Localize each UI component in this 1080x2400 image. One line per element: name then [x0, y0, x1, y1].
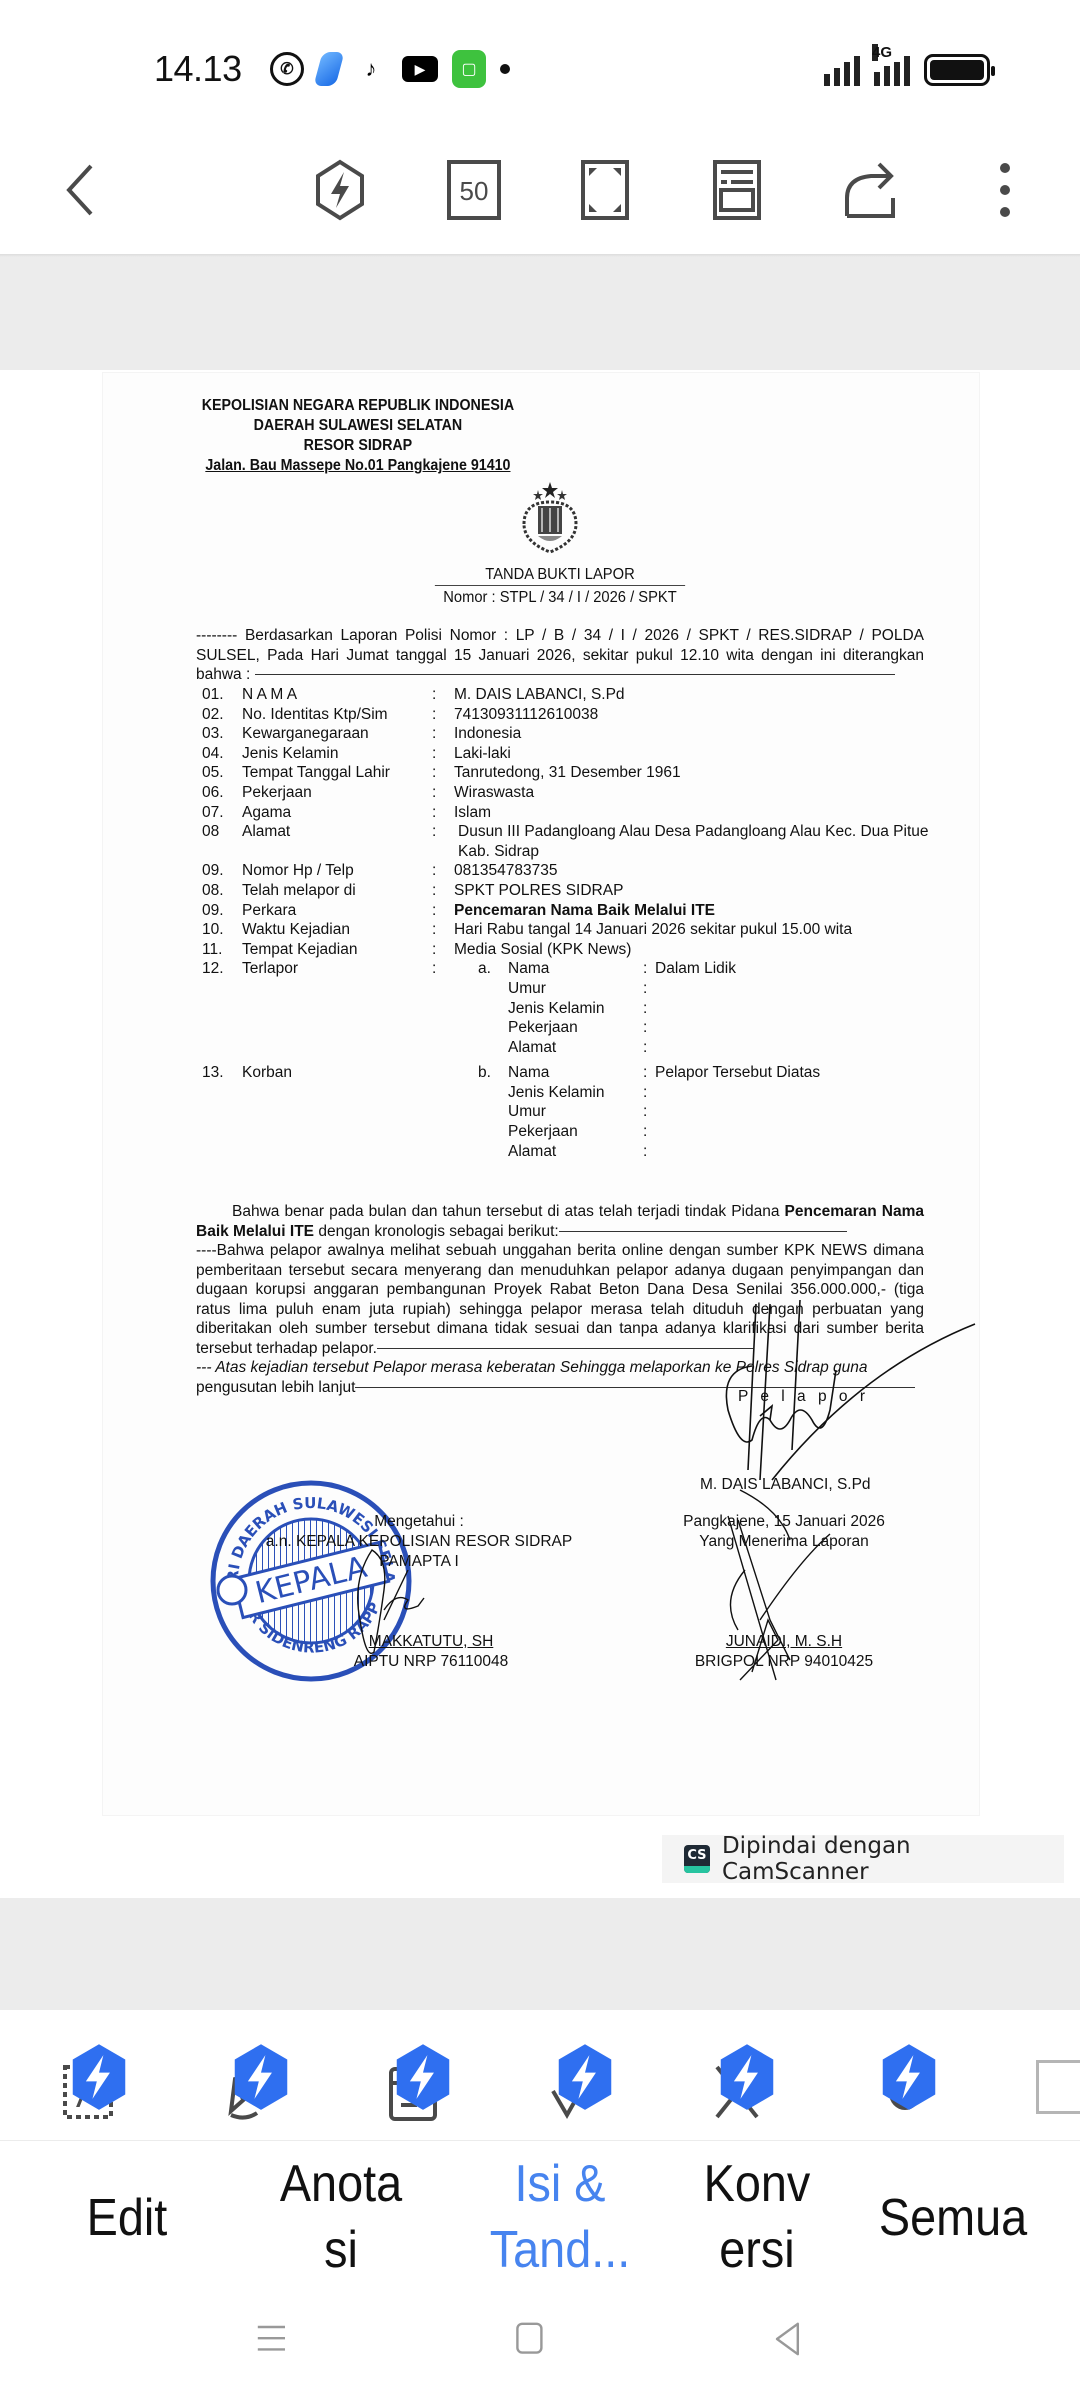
- receiver-label: Yang Menerima Laporan: [666, 1532, 902, 1552]
- sub-label: Pekerjaan: [508, 1122, 643, 1142]
- share-icon: [841, 158, 899, 222]
- tiktok-icon: ♪: [354, 52, 388, 86]
- sub-colon: :: [643, 1083, 655, 1103]
- chronology-text: Bahwa benar pada bulan dan tahun tersebu…: [232, 1203, 785, 1220]
- field-value: Islam: [454, 803, 962, 823]
- terlapor-row: Umur:: [478, 979, 962, 999]
- sub-value: Dalam Lidik: [655, 959, 962, 979]
- field-label: Telah melapor di: [242, 881, 432, 901]
- sub-colon: :: [643, 979, 655, 999]
- premium-badge-icon: [226, 2042, 296, 2112]
- intro-prefix: --------: [196, 627, 237, 644]
- field-colon: [432, 1063, 454, 1161]
- field-value: Tanrutedong, 31 Desember 1961: [454, 763, 962, 783]
- field-value: Dusun III Padangloang Alau Desa Padanglo…: [454, 822, 962, 861]
- sub-colon: :: [643, 1102, 655, 1122]
- field-colon: :: [432, 685, 454, 705]
- field-colon: :: [432, 920, 454, 940]
- sub-label: Umur: [508, 979, 643, 999]
- sub-letter: [478, 1038, 508, 1058]
- tab-semua[interactable]: Semua: [868, 2185, 1039, 2251]
- field-label: Alamat: [242, 822, 432, 861]
- field-number: 08.: [202, 881, 242, 901]
- field-row: 10.Waktu Kejadian:Hari Rabu tangal 14 Ja…: [202, 920, 962, 940]
- chronology-text: dengan kronologis sebagai berikut:: [314, 1223, 559, 1240]
- blue-app-icon: [313, 52, 344, 86]
- dot-tool[interactable]: [858, 2050, 938, 2130]
- field-row: 05.Tempat Tanggal Lahir:Tanrutedong, 31 …: [202, 763, 962, 783]
- sub-letter: [478, 1018, 508, 1038]
- receiver-signature-block: JUNAIDI, M. S.H BRIGPOL NRP 94010425: [666, 1632, 902, 1672]
- korban-row: Alamat:: [478, 1142, 962, 1162]
- korban-row: Umur:: [478, 1102, 962, 1122]
- home-square-icon: [511, 2319, 551, 2359]
- page-count-button[interactable]: 50: [442, 158, 506, 222]
- terlapor-row: a.Nama:Dalam Lidik: [478, 959, 962, 979]
- sub-value: [655, 1038, 962, 1058]
- tab-label-line: Anota: [265, 2151, 418, 2217]
- more-dot-icon: [500, 64, 510, 74]
- letterhead: KEPOLISIAN NEGARA REPUBLIK INDONESIA DAE…: [196, 396, 520, 476]
- place-date: Pangkajene, 15 Januari 2026: [666, 1512, 902, 1532]
- sub-label: Nama: [508, 959, 643, 979]
- field-row: 08.Telah melapor di:SPKT POLRES SIDRAP: [202, 881, 962, 901]
- tab-isi-tanda[interactable]: Isi & Tand...: [479, 2151, 641, 2269]
- terlapor-block: 12.Terlapor:a.Nama:Dalam LidikUmur:Jenis…: [202, 959, 962, 1057]
- field-value: 081354783735: [454, 861, 962, 881]
- acknowledgement-line: PAMAPTA I: [254, 1552, 584, 1572]
- sub-value: [655, 1142, 962, 1162]
- sub-letter: [478, 999, 508, 1019]
- page-layout-button[interactable]: [706, 158, 770, 222]
- tab-label-line: Konv: [690, 2151, 825, 2217]
- premium-badge-icon: [64, 2042, 134, 2112]
- field-number: 02.: [202, 705, 242, 725]
- sub-colon: :: [643, 999, 655, 1019]
- battery-icon: [924, 54, 990, 86]
- home-button[interactable]: [506, 2314, 556, 2364]
- field-value: Wiraswasta: [454, 783, 962, 803]
- svg-text:50: 50: [460, 176, 489, 206]
- field-number: 05.: [202, 763, 242, 783]
- field-label: Waktu Kejadian: [242, 920, 432, 940]
- tab-label-line: Tand...: [479, 2217, 641, 2269]
- field-row: 04.Jenis Kelamin:Laki-laki: [202, 744, 962, 764]
- lightning-hexagon-icon: [311, 158, 369, 222]
- viewer-toolbar: 50: [0, 130, 1080, 254]
- title-text: TANDA BUKTI LAPOR: [435, 566, 685, 586]
- field-colon: :: [432, 783, 454, 803]
- camscanner-logo-icon: CS: [684, 1845, 710, 1873]
- field-colon: :: [432, 901, 454, 921]
- field-colon: :: [432, 803, 454, 823]
- date-tool[interactable]: [372, 2050, 452, 2130]
- sub-label: Alamat: [508, 1038, 643, 1058]
- back-triangle-icon: [769, 2319, 809, 2359]
- field-colon: :: [432, 705, 454, 725]
- field-label: Perkara: [242, 901, 432, 921]
- more-vertical-icon: [973, 158, 1031, 222]
- sub-letter: [478, 979, 508, 999]
- field-colon: :: [432, 763, 454, 783]
- field-label: No. Identitas Ktp/Sim: [242, 705, 432, 725]
- receiver-name: JUNAIDI, M. S.H: [666, 1632, 902, 1652]
- korban-block: 13.Korbanb.Nama:Pelapor Tersebut DiatasJ…: [202, 1063, 962, 1161]
- field-colon: :: [432, 959, 454, 1057]
- intro-paragraph: -------- Berdasarkan Laporan Polisi Nomo…: [196, 626, 924, 685]
- menu-lines-icon: [253, 2319, 293, 2359]
- field-value: Media Sosial (KPK News): [454, 940, 962, 960]
- korban-row: b.Nama:Pelapor Tersebut Diatas: [478, 1063, 962, 1083]
- field-value: 74130931112610038: [454, 705, 962, 725]
- premium-badge-icon: [550, 2042, 620, 2112]
- recent-apps-button[interactable]: [248, 2314, 298, 2364]
- signal-icon: [824, 56, 860, 86]
- field-number: 06.: [202, 783, 242, 803]
- police-emblem-icon: [510, 480, 590, 558]
- reporter-fields: 01.N A M A:M. DAIS LABANCI, S.Pd02.No. I…: [202, 685, 962, 1161]
- chevron-left-icon: [53, 158, 111, 222]
- sub-value: [655, 1083, 962, 1103]
- sub-label: Jenis Kelamin: [508, 999, 643, 1019]
- back-button[interactable]: [50, 158, 114, 222]
- camscanner-watermark[interactable]: CS Dipindai dengan CamScanner: [662, 1835, 1064, 1883]
- chronology-paragraph: Bahwa benar pada bulan dan tahun tersebu…: [196, 1202, 924, 1397]
- cross-mark-tool[interactable]: [696, 2050, 776, 2130]
- acknowledgement-block: Mengetahui : a.n. KEPALA KEPOLISIAN RESO…: [254, 1512, 584, 1572]
- letterhead-line: KEPOLISIAN NEGARA REPUBLIK INDONESIA: [196, 396, 520, 416]
- camscanner-text: Dipindai dengan CamScanner: [722, 1833, 1064, 1885]
- page-count-icon: 50: [445, 158, 503, 222]
- fit-screen-button[interactable]: [574, 158, 638, 222]
- document-number: Nomor : STPL / 34 / I / 2026 / SPKT: [435, 589, 685, 607]
- sub-letter: [478, 1102, 508, 1122]
- field-value: SPKT POLRES SIDRAP: [454, 881, 962, 901]
- signature-tool[interactable]: [210, 2050, 290, 2130]
- sub-colon: :: [643, 1122, 655, 1142]
- sub-label: Alamat: [508, 1142, 643, 1162]
- field-label: Korban: [242, 1063, 432, 1161]
- field-row: 07.Agama:Islam: [202, 803, 962, 823]
- sub-colon: :: [643, 1018, 655, 1038]
- sub-label: Pekerjaan: [508, 1018, 643, 1038]
- acknowledgement-line: a.n. KEPALA KEPOLISIAN RESOR SIDRAP: [254, 1532, 584, 1552]
- reporter-label: P e l a p o r: [738, 1388, 869, 1406]
- chronology-closing-end: pengusutan lebih lanjut: [196, 1379, 355, 1396]
- field-number: 04.: [202, 744, 242, 764]
- field-label: Tempat Kejadian: [242, 940, 432, 960]
- fill-sign-toolbar: A: [0, 2010, 1080, 2140]
- korban-details: b.Nama:Pelapor Tersebut DiatasJenis Kela…: [454, 1063, 962, 1161]
- sub-value: [655, 1018, 962, 1038]
- mobile-data-icon: 4G: [874, 56, 910, 86]
- sub-value: Pelapor Tersebut Diatas: [655, 1063, 962, 1083]
- field-row: 03.Kewarganegaraan:Indonesia: [202, 724, 962, 744]
- sub-value: [655, 1102, 962, 1122]
- premium-badge-icon: [388, 2042, 458, 2112]
- field-value: Hari Rabu tangal 14 Januari 2026 sekitar…: [454, 920, 962, 940]
- letterhead-line: DAERAH SULAWESI SELATAN: [196, 416, 520, 436]
- field-label: Tempat Tanggal Lahir: [242, 763, 432, 783]
- bottom-tabs: Edit Anota si Isi & Tand... Konv ersi Se…: [0, 2141, 1080, 2269]
- chronology-body: ----Bahwa pelapor awalnya melihat sebuah…: [196, 1242, 924, 1357]
- system-navigation-bar: [0, 2269, 1080, 2400]
- field-value: M. DAIS LABANCI, S.Pd: [454, 685, 962, 705]
- field-value: Indonesia: [454, 724, 962, 744]
- chronology-closing: --- Atas kejadian tersebut Pelapor meras…: [196, 1359, 867, 1376]
- boost-button[interactable]: [308, 158, 372, 222]
- field-row: 09.Nomor Hp / Telp:081354783735: [202, 861, 962, 881]
- field-colon: :: [432, 724, 454, 744]
- officer-name: MAKKATUTU, SH: [316, 1632, 546, 1652]
- sub-letter: [478, 1142, 508, 1162]
- tab-label-line: ersi: [690, 2217, 825, 2269]
- field-number: 01.: [202, 685, 242, 705]
- document-title: TANDA BUKTI LAPOR Nomor : STPL / 34 / I …: [424, 566, 696, 607]
- field-number: 07.: [202, 803, 242, 823]
- tab-anotasi[interactable]: Anota si: [265, 2151, 418, 2269]
- field-row: 02.No. Identitas Ktp/Sim:741309311126100…: [202, 705, 962, 725]
- field-label: N A M A: [242, 685, 432, 705]
- letterhead-line: RESOR SIDRAP: [196, 436, 520, 456]
- field-row: 06.Pekerjaan:Wiraswasta: [202, 783, 962, 803]
- sub-colon: :: [643, 1038, 655, 1058]
- field-number: 11.: [202, 940, 242, 960]
- tab-label-line: Isi &: [479, 2151, 641, 2217]
- tab-label-line: si: [265, 2217, 418, 2269]
- field-number: 10.: [202, 920, 242, 940]
- receiver-rank: BRIGPOL NRP 94010425: [666, 1652, 902, 1672]
- messages-icon: ▢: [452, 50, 486, 88]
- field-number: 13.: [202, 1063, 242, 1161]
- sub-value: [655, 999, 962, 1019]
- field-number: 03.: [202, 724, 242, 744]
- field-number: 09.: [202, 861, 242, 881]
- sub-value: [655, 1122, 962, 1142]
- field-number: 12.: [202, 959, 242, 1057]
- check-mark-tool[interactable]: [534, 2050, 614, 2130]
- field-colon: :: [432, 940, 454, 960]
- sub-value: [655, 979, 962, 999]
- officer-rank: AIPTU NRP 76110048: [316, 1652, 546, 1672]
- filler-line: [377, 1348, 753, 1349]
- terlapor-row: Alamat:: [478, 1038, 962, 1058]
- field-label: Agama: [242, 803, 432, 823]
- sub-letter: a.: [478, 959, 508, 979]
- premium-badge-icon: [712, 2042, 782, 2112]
- field-label: Pekerjaan: [242, 783, 432, 803]
- sub-letter: [478, 1122, 508, 1142]
- notification-icons: ✆ ♪ ▶ ▢: [270, 50, 510, 88]
- letterhead-address: Jalan. Bau Massepe No.01 Pangkajene 9141…: [196, 456, 520, 476]
- filler-line: [255, 674, 895, 675]
- toolbar-divider: [0, 254, 1080, 257]
- field-label: Kewarganegaraan: [242, 724, 432, 744]
- document-viewer[interactable]: KEPOLISIAN NEGARA REPUBLIK INDONESIA DAE…: [0, 254, 1080, 2010]
- sub-letter: b.: [478, 1063, 508, 1083]
- terlapor-row: Jenis Kelamin:: [478, 999, 962, 1019]
- back-nav-button[interactable]: [764, 2314, 814, 2364]
- field-colon: :: [432, 861, 454, 881]
- tab-konversi[interactable]: Konv ersi: [690, 2151, 825, 2269]
- field-colon: :: [432, 744, 454, 764]
- field-label: Terlapor: [242, 959, 432, 1057]
- sub-colon: :: [643, 1063, 655, 1083]
- field-number: 08: [202, 822, 242, 861]
- sub-letter: [478, 1083, 508, 1103]
- field-row: 08Alamat:Dusun III Padangloang Alau Desa…: [202, 822, 962, 861]
- field-value: Laki-laki: [454, 744, 962, 764]
- acknowledgement-line: Mengetahui :: [254, 1512, 584, 1532]
- page-layout-icon: [709, 158, 767, 222]
- rectangle-icon[interactable]: [1036, 2060, 1080, 2114]
- terlapor-details: a.Nama:Dalam LidikUmur:Jenis Kelamin:Pek…: [454, 959, 962, 1057]
- more-options-button[interactable]: [970, 158, 1034, 222]
- korban-row: Jenis Kelamin:: [478, 1083, 962, 1103]
- text-box-tool[interactable]: A: [48, 2050, 128, 2130]
- field-row: 01.N A M A:M. DAIS LABANCI, S.Pd: [202, 685, 962, 705]
- field-number: 09.: [202, 901, 242, 921]
- sub-label: Umur: [508, 1102, 643, 1122]
- police-report-document: KEPOLISIAN NEGARA REPUBLIK INDONESIA DAE…: [0, 370, 1080, 1898]
- field-colon: :: [432, 822, 454, 861]
- officer-signature-block: MAKKATUTU, SH AIPTU NRP 76110048: [316, 1632, 546, 1672]
- sub-colon: :: [643, 1142, 655, 1162]
- sub-colon: :: [643, 959, 655, 979]
- status-bar: 14.13 ✆ ♪ ▶ ▢ 4G: [0, 0, 1080, 130]
- field-colon: :: [432, 881, 454, 901]
- sub-label: Jenis Kelamin: [508, 1083, 643, 1103]
- status-time: 14.13: [154, 48, 242, 90]
- korban-row: Pekerjaan:: [478, 1122, 962, 1142]
- terlapor-row: Pekerjaan:: [478, 1018, 962, 1038]
- field-row: 09.Perkara:Pencemaran Nama Baik Melalui …: [202, 901, 962, 921]
- document-page[interactable]: KEPOLISIAN NEGARA REPUBLIK INDONESIA DAE…: [0, 370, 1080, 1898]
- receiver-block: Pangkajene, 15 Januari 2026 Yang Menerim…: [666, 1512, 902, 1552]
- filler-line: [559, 1231, 847, 1232]
- field-label: Jenis Kelamin: [242, 744, 432, 764]
- field-label: Nomor Hp / Telp: [242, 861, 432, 881]
- fit-screen-icon: [577, 158, 635, 222]
- premium-badge-icon: [874, 2042, 944, 2112]
- whatsapp-icon: ✆: [270, 52, 304, 86]
- field-value: Pencemaran Nama Baik Melalui ITE: [454, 901, 962, 921]
- network-type-label: 4G: [872, 44, 878, 61]
- youtube-icon: ▶: [402, 56, 438, 82]
- share-button[interactable]: [838, 158, 902, 222]
- tab-edit[interactable]: Edit: [78, 2185, 177, 2251]
- sub-label: Nama: [508, 1063, 643, 1083]
- field-row: 11.Tempat Kejadian:Media Sosial (KPK New…: [202, 940, 962, 960]
- reporter-name: M. DAIS LABANCI, S.Pd: [700, 1476, 871, 1494]
